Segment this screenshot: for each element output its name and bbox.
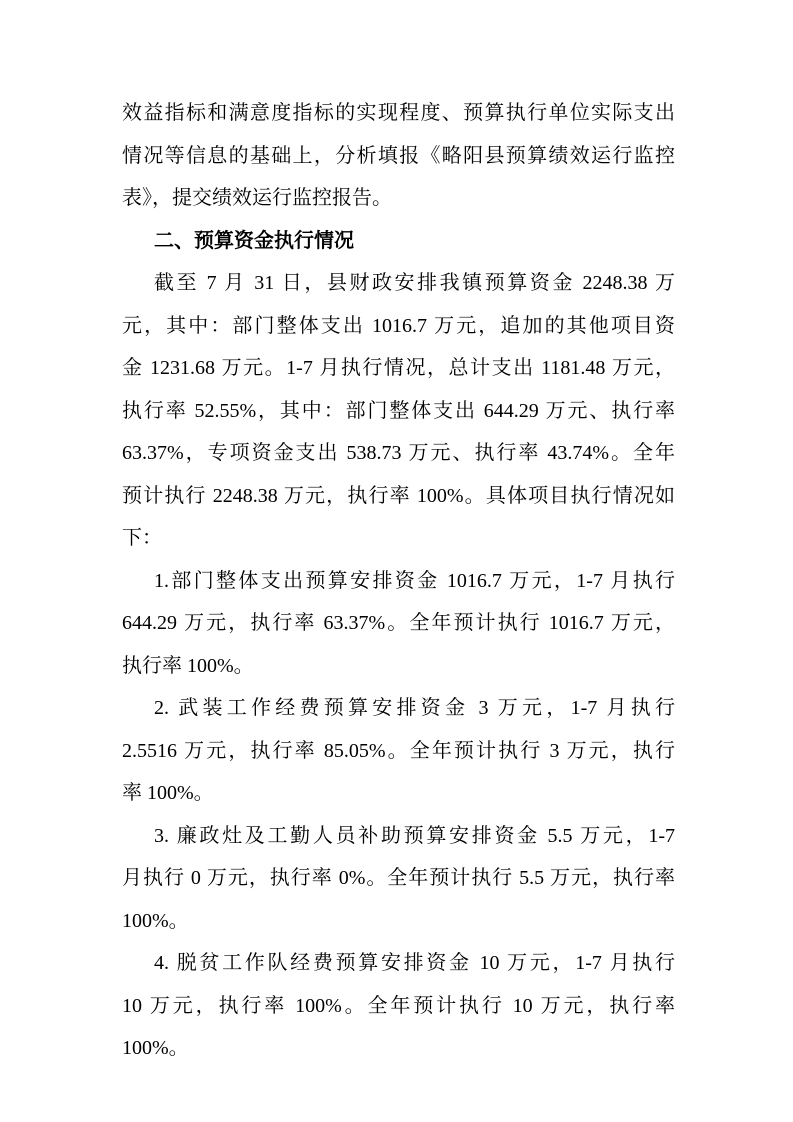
text-line: 10 万元，执行率 100%。全年预计执行 10 万元，执行率 100%。 <box>122 985 675 1070</box>
text-line: 2. 武装工作经费预算安排资金 3 万元，1-7 月执行 <box>122 687 675 730</box>
paragraph: 1.部门整体支出预算安排资金 1016.7 万元，1-7 月执行644.29 万… <box>122 560 675 688</box>
text-line: 率 100%。 <box>122 772 675 815</box>
text-line: 金 1231.68 万元。1-7 月执行情况，总计支出 1181.48 万元， <box>122 347 675 390</box>
text-line: 执行率 100%。 <box>122 645 675 688</box>
section-heading: 二、预算资金执行情况 <box>122 220 675 263</box>
heading-line: 二、预算资金执行情况 <box>122 220 675 263</box>
text-line: 表》，提交绩效运行监控报告。 <box>122 177 675 220</box>
paragraph: 2. 武装工作经费预算安排资金 3 万元，1-7 月执行2.5516 万元，执行… <box>122 687 675 815</box>
text-line: 执行率 52.55%，其中：部门整体支出 644.29 万元、执行率 <box>122 390 675 433</box>
paragraph: 效益指标和满意度指标的实现程度、预算执行单位实际支出情况等信息的基础上，分析填报… <box>122 92 675 220</box>
text-line: 情况等信息的基础上，分析填报《略阳县预算绩效运行监控 <box>122 135 675 178</box>
paragraph: 4. 脱贫工作队经费预算安排资金 10 万元，1-7 月执行10 万元，执行率 … <box>122 942 675 1070</box>
text-line: 3. 廉政灶及工勤人员补助预算安排资金 5.5 万元，1-7 <box>122 815 675 858</box>
text-line: 4. 脱贫工作队经费预算安排资金 10 万元，1-7 月执行 <box>122 942 675 985</box>
document-body: 效益指标和满意度指标的实现程度、预算执行单位实际支出情况等信息的基础上，分析填报… <box>122 92 675 1070</box>
text-line: 1.部门整体支出预算安排资金 1016.7 万元，1-7 月执行 <box>122 560 675 603</box>
text-line: 644.29 万元，执行率 63.37%。全年预计执行 1016.7 万元， <box>122 602 675 645</box>
text-line: 月执行 0 万元，执行率 0%。全年预计执行 5.5 万元，执行率 <box>122 857 675 900</box>
paragraph: 3. 廉政灶及工勤人员补助预算安排资金 5.5 万元，1-7月执行 0 万元，执… <box>122 815 675 943</box>
paragraph: 截至 7 月 31 日，县财政安排我镇预算资金 2248.38 万元，其中：部门… <box>122 262 675 560</box>
text-line: 63.37%，专项资金支出 538.73 万元、执行率 43.74%。全年 <box>122 432 675 475</box>
text-line: 截至 7 月 31 日，县财政安排我镇预算资金 2248.38 万 <box>122 262 675 305</box>
text-line: 下： <box>122 517 675 560</box>
document-page: 效益指标和满意度指标的实现程度、预算执行单位实际支出情况等信息的基础上，分析填报… <box>0 0 793 1122</box>
text-line: 100%。 <box>122 900 675 943</box>
text-line: 预计执行 2248.38 万元，执行率 100%。具体项目执行情况如 <box>122 475 675 518</box>
text-line: 2.5516 万元，执行率 85.05%。全年预计执行 3 万元，执行 <box>122 730 675 773</box>
text-line: 效益指标和满意度指标的实现程度、预算执行单位实际支出 <box>122 92 675 135</box>
text-line: 元，其中：部门整体支出 1016.7 万元，追加的其他项目资 <box>122 305 675 348</box>
